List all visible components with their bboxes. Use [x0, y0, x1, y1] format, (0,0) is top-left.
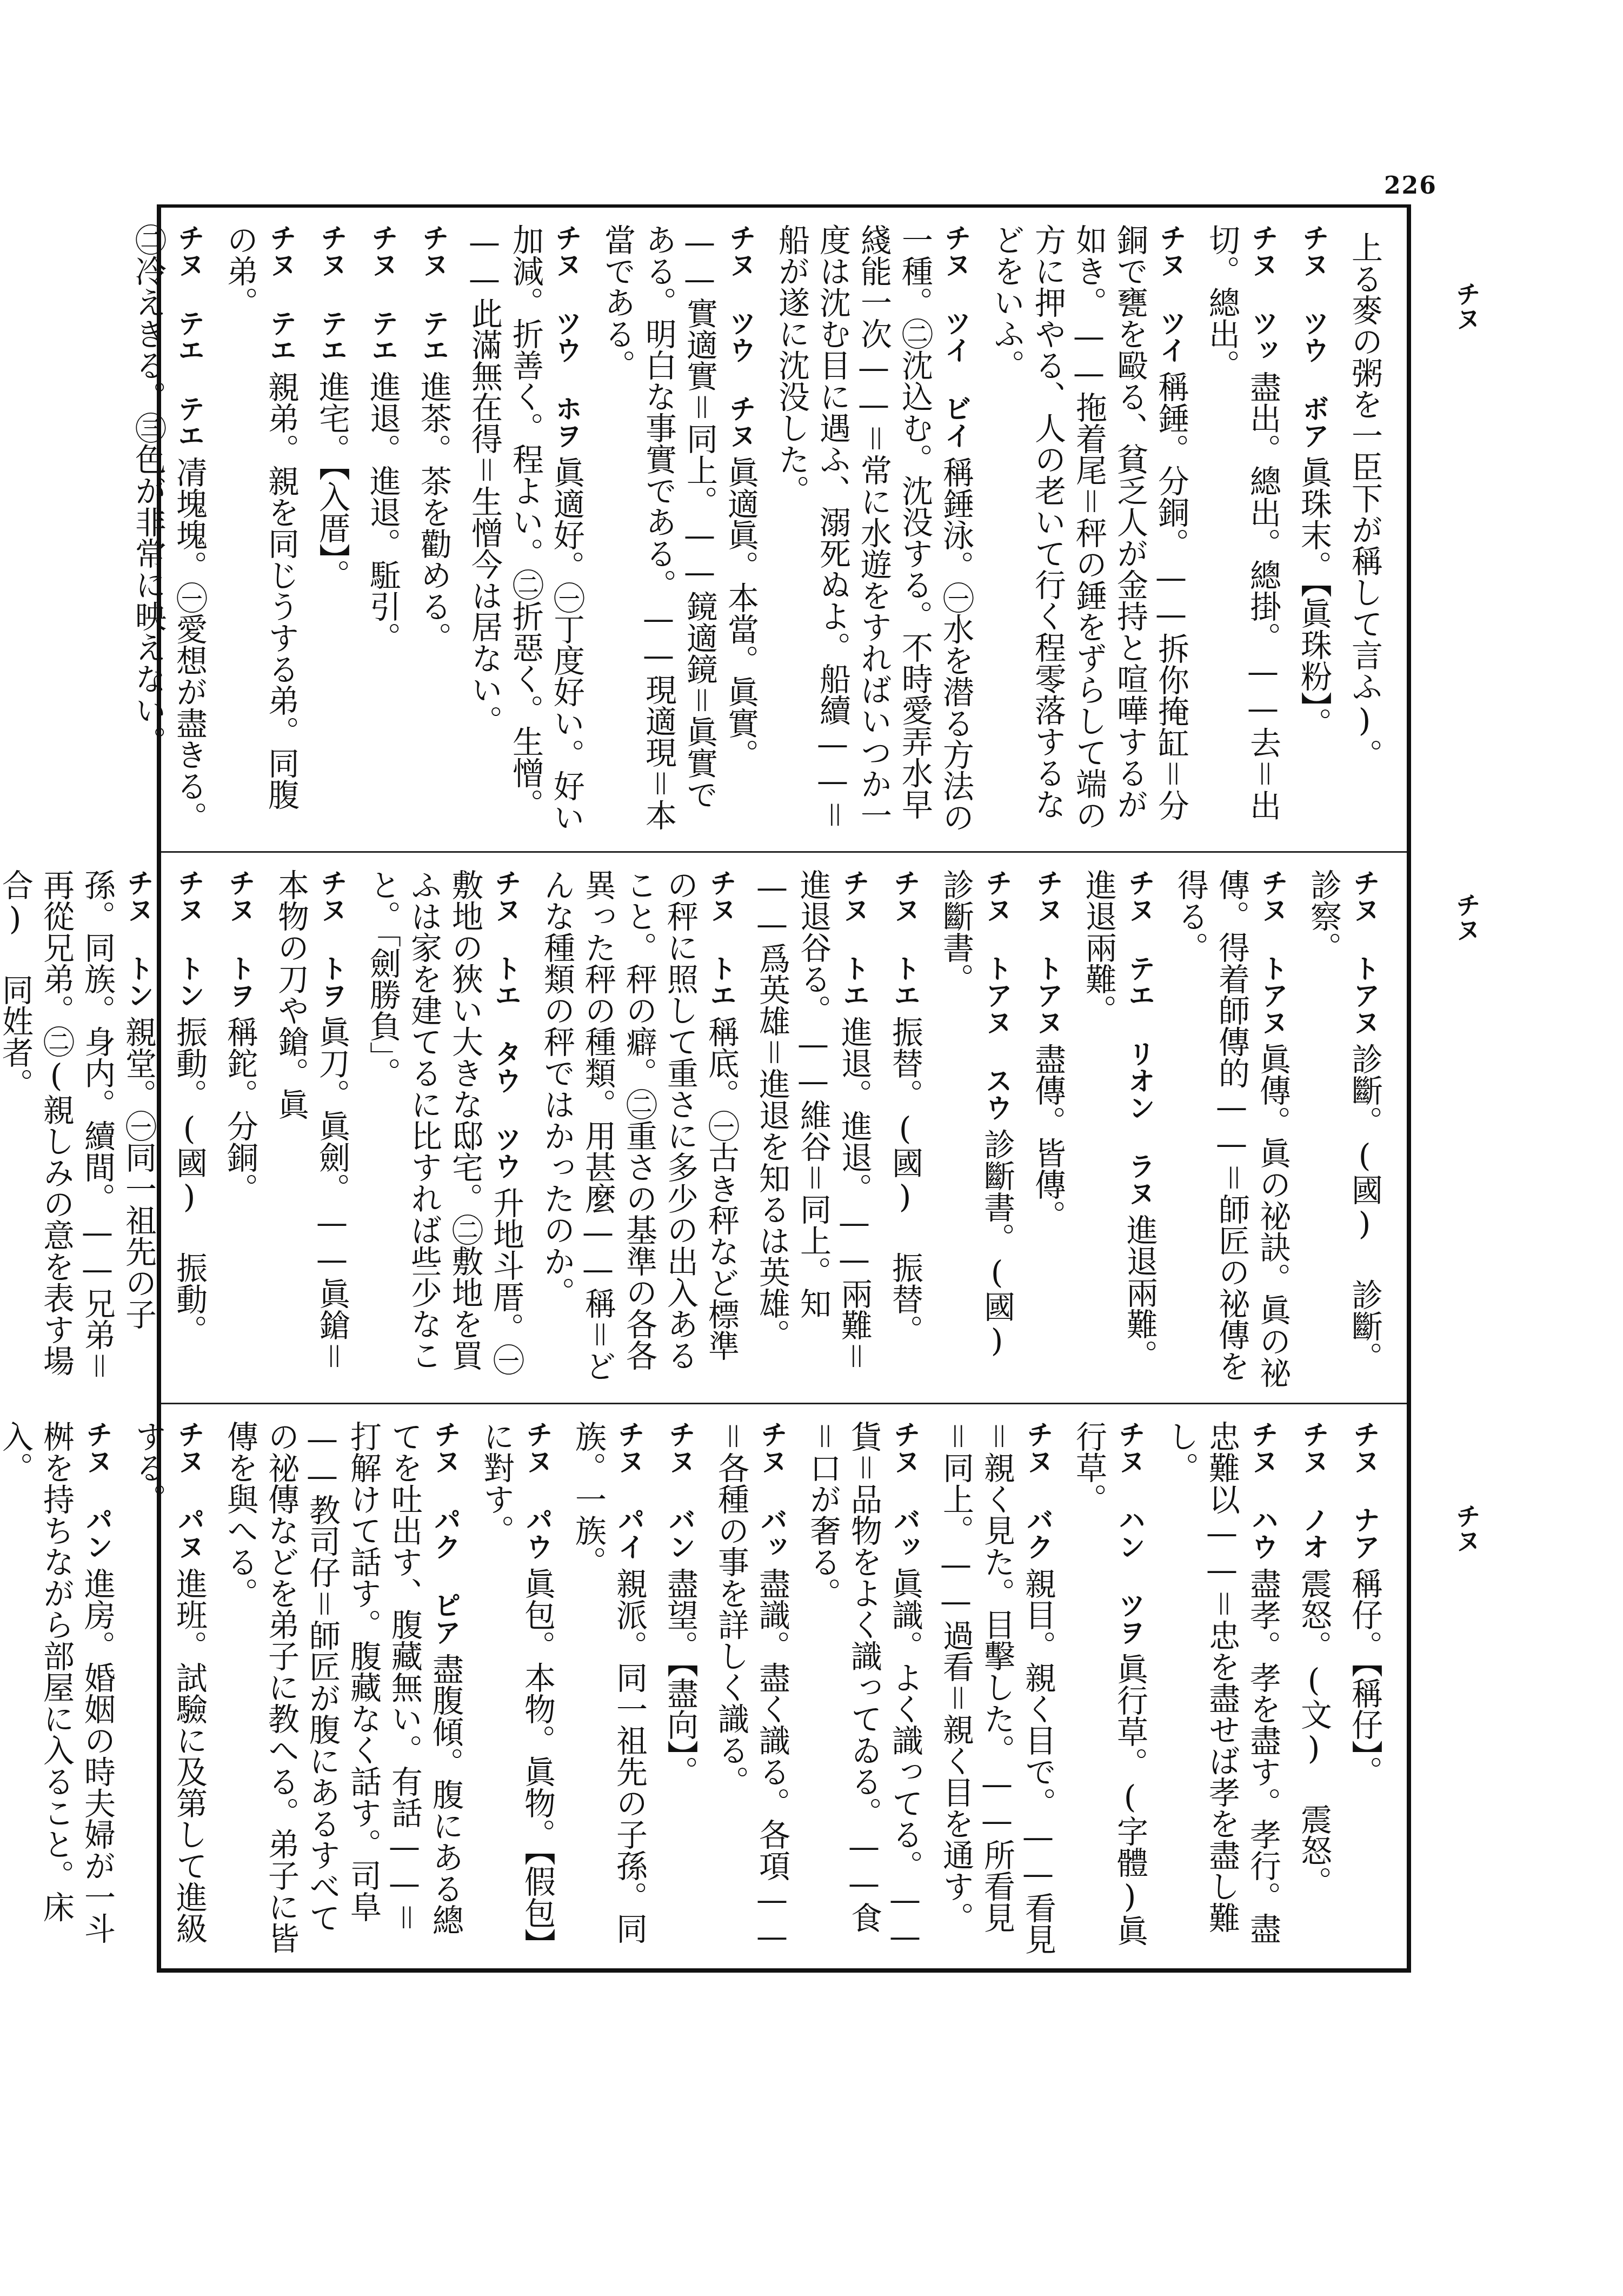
- dictionary-entry: チヌ パン進房。婚姻の時夫婦が一斗桝を持ちながら部屋に入ること。床入。: [0, 1421, 118, 1956]
- side-label-middle: チヌ: [1449, 892, 1485, 942]
- dictionary-entry: チヌ パク ピア盡腹傾。腹にある總てを吐出す、腹藏無い。有話——＝打解けて話す。…: [219, 1421, 466, 1956]
- entry-reading: チヌ テエ: [316, 224, 348, 363]
- band-middle: チヌ トアヌ診斷。(國) 診斷。診察。チヌ トアヌ眞傳。眞の祕訣。眞の祕傳。得着…: [161, 851, 1407, 1404]
- dictionary-entry: チヌ ハン ツヲ眞行草。(字體)眞行草。: [1068, 1421, 1150, 1956]
- dictionary-entry: チヌ ツウ チヌ眞適眞。本當。眞實。——實適實＝同上。——鏡適鏡＝眞實である。明…: [597, 224, 761, 835]
- entry-definition: 盡傳。皆傳。: [1029, 1043, 1066, 1231]
- dictionary-entry: チヌ トエ タウ ツウ升地斗厝。㊀敷地の狹い大きな邸宅。㊁敷地を買ふは家を建てる…: [362, 869, 527, 1388]
- entry-reading: チヌ ノオ: [1298, 1421, 1329, 1560]
- entry-definition: 進退。進退。駈引。: [364, 371, 401, 653]
- entry-reading: チヌ トアヌ: [1032, 869, 1063, 1036]
- entry-reading: チヌ バク: [1022, 1421, 1054, 1560]
- entry-reading: チヌ バン: [664, 1421, 696, 1560]
- dictionary-entry: チヌ トン親堂。㊀同一祖先の子孫。同族。身内。續間。——兄弟＝再從兄弟。㊁(親し…: [0, 869, 159, 1388]
- entry-reading: チヌ パン: [82, 1421, 113, 1560]
- dictionary-entry: チヌ トン振動。(國) 振動。: [169, 869, 210, 1388]
- entry-reading: チヌ バッ: [756, 1421, 788, 1560]
- entry-definition: 眞珠末。【眞珠粉】。: [1295, 456, 1332, 739]
- entry-reading: チヌ ツウ ボア: [1298, 224, 1329, 449]
- dictionary-entry: チヌ トエ振替。(國) 振替。: [884, 869, 926, 1388]
- entry-reading: チヌ テエ: [418, 224, 449, 363]
- dictionary-entry: チヌ ツッ盡出。總出。總掛。——去＝出切。總出。: [1201, 224, 1283, 835]
- dictionary-entry: チヌ トエ稱底。㊀古き秤など標準の秤に照して重さに多少の出入あること。秤の癖。㊁…: [536, 869, 742, 1388]
- dictionary-entry: チヌ テエ テエ凊塊塊。㊀愛想が盡きる。㊁冷えきる。㊂色が非常に映えない。: [128, 224, 210, 835]
- entry-reading: チヌ トン: [174, 869, 205, 1008]
- dictionary-entry: チヌ ツウ ボア眞珠末。【眞珠粉】。: [1293, 224, 1334, 835]
- entry-reading: チヌ テエ: [265, 224, 297, 363]
- dictionary-entry: チヌ トアヌ スウ診斷書。(國) 診斷書。: [935, 869, 1017, 1388]
- dictionary-frame: 上る麥の粥を一臣下が稱して言ふ)。チヌ ツウ ボア眞珠末。【眞珠粉】。チヌ ツッ…: [157, 204, 1411, 1973]
- dictionary-entry: チヌ バン盡望。【盡向】。: [660, 1421, 701, 1956]
- dictionary-entry: チヌ パイ親派。同一祖先の子孫。同族。一族。: [568, 1421, 650, 1956]
- band-bottom: チヌ ナア稱仔。【稱仔】。チヌ ノオ震怒。(文) 震怒。チヌ ハウ盡孝。孝を盡す…: [161, 1403, 1407, 1972]
- dictionary-entry: チヌ バッ眞識。よく識ってる。——貨＝品物をよく識ってゐる。——食＝口が奢る。: [802, 1421, 926, 1956]
- entry-reading: チヌ ハン ツヲ: [1114, 1421, 1146, 1645]
- dictionary-entry: チヌ テエ進退。進退。駈引。: [362, 224, 403, 835]
- dictionary-entry: チヌ トヲ稱鉈。分銅。: [219, 869, 261, 1388]
- entry-definition: 稱仔。【稱仔】。: [1346, 1568, 1383, 1787]
- entry-definition: 上る麥の粥を一臣下が稱して言ふ)。: [1346, 231, 1383, 770]
- entries-middle: チヌ トアヌ診斷。(國) 診斷。診察。チヌ トアヌ眞傳。眞の祕訣。眞の祕傳。得着…: [183, 869, 1385, 1388]
- dictionary-entry: チヌ テエ リオン ラヌ進退兩難。進退兩難。: [1078, 869, 1160, 1388]
- dictionary-entry: チヌ テエ親弟。親を同じうする弟。同腹の弟。: [219, 224, 302, 835]
- dictionary-entry: チヌ ツウ ホヲ眞適好。㊀丁度好い。好い加減。折善く。程よい。㊁折惡く。生憎。—…: [464, 224, 587, 835]
- entry-reading: チヌ バッ: [889, 1421, 921, 1560]
- entry-reading: チヌ ツイ: [1155, 224, 1187, 363]
- dictionary-entry: チヌ パヌ進班。試驗に及第して進級する。: [128, 1421, 210, 1956]
- entry-reading: チヌ トエ: [889, 869, 921, 1008]
- entry-reading: チヌ テエ テエ: [174, 224, 205, 449]
- entry-reading: チヌ パイ: [614, 1421, 645, 1560]
- side-label-bottom: チヌ: [1449, 1503, 1485, 1553]
- entry-reading: チヌ ツイ ビイ: [940, 224, 972, 449]
- entry-definition: 振動。(國) 振動。: [171, 1016, 208, 1346]
- entry-definition: 進茶。茶を勸める。: [415, 371, 452, 653]
- dictionary-entry: チヌ ハウ盡孝。孝を盡す。孝行。盡忠難以——＝忠を盡せば孝を盡し難し。: [1160, 1421, 1283, 1956]
- entry-reading: チヌ トン: [123, 869, 154, 1008]
- entry-reading: チヌ トアヌ スウ: [981, 869, 1013, 1121]
- entry-reading: チヌ パヌ: [174, 1421, 205, 1560]
- entries-top: 上る麥の粥を一臣下が稱して言ふ)。チヌ ツウ ボア眞珠末。【眞珠粉】。チヌ ツッ…: [183, 224, 1385, 835]
- entry-reading: チヌ ツッ: [1247, 224, 1279, 363]
- dictionary-entry: チヌ トエ進退。進退。——兩難＝進退谷る。——維谷＝同上。知——爲英雄＝進退を知…: [751, 869, 875, 1388]
- entry-reading: チヌ トエ: [839, 869, 870, 1008]
- entry-reading: チヌ トヲ: [224, 869, 256, 1008]
- entry-reading: チヌ ナア: [1349, 1421, 1380, 1560]
- band-top: 上る麥の粥を一臣下が稱して言ふ)。チヌ ツウ ボア眞珠末。【眞珠粉】。チヌ ツッ…: [161, 208, 1407, 851]
- dictionary-entry: チヌ バッ盡識。盡く識る。各項——＝各種の事を詳しく識る。: [710, 1421, 793, 1956]
- entry-reading: チヌ ハウ: [1247, 1421, 1279, 1560]
- entry-definition: 震怒。(文) 震怒。: [1295, 1568, 1332, 1897]
- entry-reading: チヌ トアヌ: [1257, 869, 1288, 1036]
- entry-reading: チヌ テエ リオン ラヌ: [1124, 869, 1155, 1206]
- entry-definition: 振替。(國) 振替。: [887, 1016, 923, 1346]
- dictionary-entry: チヌ ツイ ビイ稱錘泳。㊀水を潜る方法の一種。㊁沈込む。沈没する。不時愛弄水早綫…: [771, 224, 976, 835]
- dictionary-entry: チヌ ナア稱仔。【稱仔】。: [1344, 1421, 1385, 1956]
- entry-reading: チヌ ツウ ホヲ: [551, 224, 582, 449]
- entry-reading: チヌ トエ タウ ツウ: [490, 869, 522, 1179]
- dictionary-entry: チヌ ツイ稱錘。分銅。——拆你掩缸＝分銅で甕を毆る、貧乏人が金持と喧嘩するが如き…: [986, 224, 1192, 835]
- dictionary-entry: チヌ トアヌ診斷。(國) 診斷。診察。: [1303, 869, 1385, 1388]
- entry-definition: 稱鉈。分銅。: [222, 1016, 258, 1204]
- dictionary-entry: チヌ ノオ震怒。(文) 震怒。: [1293, 1421, 1334, 1956]
- dictionary-entry: チヌ テエ進茶。茶を勸める。: [413, 224, 454, 835]
- entry-reading: チヌ パク ピア: [430, 1421, 461, 1645]
- side-label-top: チヌ: [1449, 281, 1485, 331]
- entry-reading: チヌ パウ: [522, 1421, 553, 1560]
- dictionary-entry: 上る麥の粥を一臣下が稱して言ふ)。: [1344, 224, 1385, 835]
- dictionary-entry: チヌ バク親目。親く目で。——看見＝親く見た。目擊した。——所看見＝同上。——過…: [935, 1421, 1059, 1956]
- dictionary-entry: チヌ パウ眞包。本物。眞物。【假包】に對す。: [476, 1421, 558, 1956]
- entry-reading: チヌ テエ: [367, 224, 398, 363]
- entries-bottom: チヌ ナア稱仔。【稱仔】。チヌ ノオ震怒。(文) 震怒。チヌ ハウ盡孝。孝を盡す…: [183, 1421, 1385, 1956]
- page-number: 226: [1384, 172, 1437, 200]
- dictionary-entry: チヌ トアヌ盡傳。皆傳。: [1027, 869, 1068, 1388]
- entry-reading: チヌ トエ: [706, 869, 737, 1008]
- entry-reading: チヌ トヲ: [316, 869, 348, 1008]
- dictionary-entry: チヌ トアヌ眞傳。眞の祕訣。眞の祕傳。得着師傳的——＝師匠の祕傳を得る。: [1170, 869, 1293, 1388]
- entry-definition: 盡望。【盡向】。: [662, 1568, 699, 1787]
- entry-definition: 盡腹傾。腹にある總てを吐出す、腹藏無い。有話——＝打解けて話す。腹藏なく話す。司…: [222, 1421, 464, 1954]
- entry-reading: チヌ ツウ チヌ: [725, 224, 756, 449]
- dictionary-entry: チヌ トヲ眞刀。眞劍。——眞鎗＝本物の刀や鎗。眞: [270, 869, 352, 1388]
- entry-reading: チヌ トアヌ: [1349, 869, 1380, 1036]
- entry-definition: 進宅。【入厝】。: [314, 371, 350, 590]
- dictionary-entry: チヌ テエ進宅。【入厝】。: [311, 224, 352, 835]
